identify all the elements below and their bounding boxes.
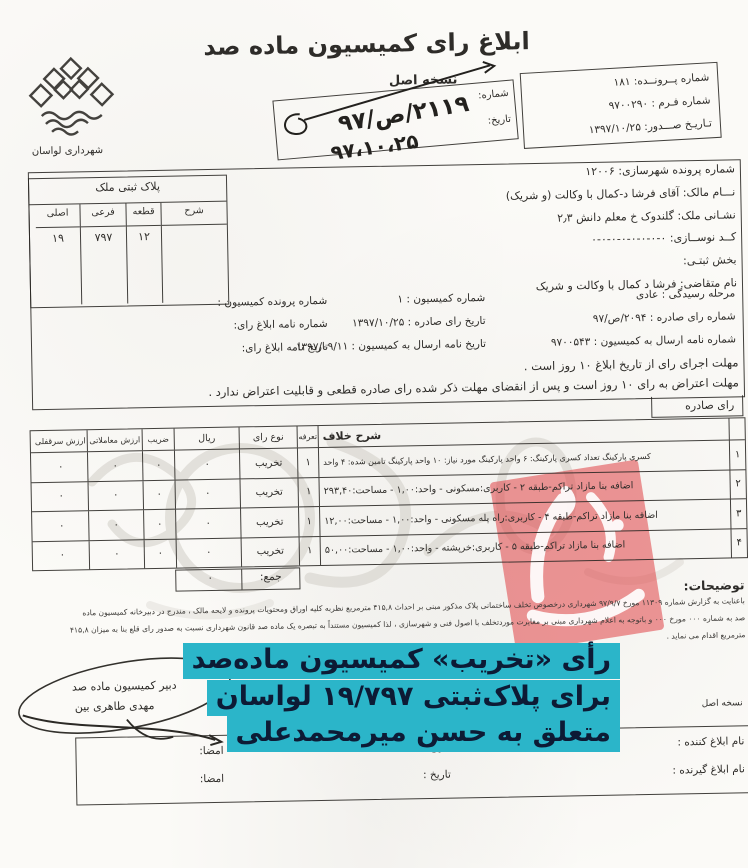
- municipality-name: شهرداری لواسان: [8, 144, 126, 157]
- verdict-section-label: رای صادره: [651, 395, 743, 418]
- scanned-document-page: ابلاغ رای کمیسیون ماده صد نسخه اصل شهردا…: [0, 0, 748, 868]
- caption-text: متعلق به حسن میرمحمدعلی: [227, 716, 620, 752]
- plate-table-title: پلاک ثبتی ملک: [29, 176, 226, 206]
- goodwill-value: ۰: [35, 511, 89, 540]
- tariff: ۱: [298, 507, 320, 536]
- sum-label: جمع:: [241, 568, 299, 589]
- send-letter-number: شماره نامه ارسال به کمیسیون : ۹۷۰۰۵۴۳: [551, 333, 736, 348]
- factor: ۰: [143, 510, 176, 539]
- factor: ۰: [142, 480, 175, 509]
- notify-letter-date: تاریخ نامه ابلاغ رای:: [242, 341, 329, 355]
- commission-file-number: شماره پرونده کمیسیون :: [217, 295, 327, 309]
- trade-value: ۰: [89, 540, 145, 570]
- plate-table: پلاک ثبتی ملک شرح قطعه ۱۲ فرعی ۷۹۷ اصلی …: [28, 175, 229, 309]
- handwriting-overlay: ۲۱۱۹/ص/۹۷ ۹۷،۱۰،۲۵: [250, 47, 550, 174]
- rial: ۰: [174, 449, 240, 479]
- file-info-box: شماره پــرونــده: ۱۸۱ شماره فـرم : ۹۷۰۰۲…: [520, 62, 722, 149]
- municipality-logo: [21, 55, 123, 145]
- violation-desc: اضافه بنا مازاد تراکم-طبقه ۵ - کاربری:خر…: [320, 529, 731, 565]
- header-tariff: تعرفه: [297, 426, 318, 447]
- row-no: ۱: [729, 440, 746, 469]
- caption-line: متعلق به حسن میرمحمدعلی: [0, 716, 620, 753]
- violations-table: شرح خلاف تعرفه نوع رای ریال ضریب ارزش مع…: [30, 417, 748, 571]
- verdict-type: تخریب: [239, 448, 298, 478]
- header-goodwill-value: ارزش سرقفلی: [34, 430, 87, 452]
- plate-col-sharh: شرح: [160, 202, 228, 303]
- registry-stamp-box: شماره: تاریخ: ۲۱۱۹/ص/۹۷ ۹۷،۱۰،۲۵: [250, 47, 550, 174]
- row-no: ۴: [730, 529, 747, 558]
- review-stage: مرحله رسیدگی : عادی: [636, 287, 735, 301]
- goodwill-value: ۰: [34, 452, 88, 481]
- verdict-type: تخریب: [239, 478, 298, 508]
- plate-col-ghete: قطعه ۱۲: [125, 203, 162, 304]
- goodwill-value: ۰: [36, 541, 90, 570]
- tariff: ۱: [299, 537, 321, 566]
- note-line: صد به شماره ۰۰۰ مورخ ۰۰۰ و باتوجه به اعل…: [70, 613, 745, 634]
- plate-col-farei: فرعی ۷۹۷: [79, 204, 127, 305]
- sum-value: ۰: [179, 569, 241, 590]
- rial: ۰: [176, 538, 242, 568]
- rial: ۰: [175, 508, 241, 538]
- caption-line: رأی «تخریب» کمیسیون ماده‌صد: [0, 643, 620, 680]
- verdict-number: شماره رای صادره : ۲۰۹۴/ص/۹۷: [593, 310, 736, 325]
- plate-table-columns: شرح قطعه ۱۲ فرعی ۷۹۷ اصلی ۱۹: [29, 202, 228, 306]
- factor: ۰: [142, 451, 175, 480]
- recipient-name-label: نام ابلاغ گیرنده :: [672, 763, 745, 776]
- recipient-date-label: تاریخ :: [377, 768, 497, 782]
- header-trade-value: ارزش معاملاتی: [87, 429, 142, 451]
- news-caption-overlay: رأی «تخریب» کمیسیون ماده‌صد برای پلاک‌ثب…: [0, 643, 620, 753]
- goodwill-value: ۰: [35, 482, 89, 511]
- tariff: ۱: [297, 448, 319, 477]
- verdict-type: تخریب: [240, 507, 299, 537]
- trade-value: ۰: [88, 510, 144, 540]
- trade-value: ۰: [88, 481, 144, 511]
- verdict-date: تاریخ رای صادره : ۱۳۹۷/۱۰/۲۵: [352, 315, 486, 329]
- property-info-lines: شماره پرونده شهرسازی: ۱۲۰۰۶ نـــام مالک:…: [231, 158, 737, 304]
- header-row-no: [728, 418, 744, 439]
- notify-letter-number: شماره نامه ابلاغ رای:: [233, 318, 327, 332]
- factor: ۰: [144, 539, 177, 568]
- trade-value: ۰: [87, 451, 143, 481]
- caption-line: برای پلاک‌ثبتی ۱۹/۷۹۷ لواسان: [0, 680, 620, 717]
- footer-copy-label: نسخه اصل: [702, 698, 743, 709]
- sum-row: جمع: ۰: [175, 567, 300, 591]
- tariff: ۱: [297, 478, 319, 507]
- commission-number: شماره کمیسیون : ۱: [397, 292, 485, 306]
- notes-label: توضیحات:: [683, 577, 744, 593]
- caption-text: برای پلاک‌ثبتی ۱۹/۷۹۷ لواسان: [207, 680, 620, 716]
- rial: ۰: [174, 479, 240, 509]
- row-no: ۲: [729, 470, 746, 499]
- recipient-sign-label: امضا:: [172, 772, 252, 785]
- header-type: نوع رای: [239, 426, 297, 448]
- verdict-type: تخریب: [241, 537, 300, 567]
- row-no: ۳: [730, 499, 747, 528]
- note-line: مترمربع اقدام می نماید .: [666, 630, 745, 640]
- caption-text: رأی «تخریب» کمیسیون ماده‌صد: [183, 643, 620, 679]
- header-factor: ضریب: [142, 429, 174, 451]
- notifier-name-label: نام ابلاغ کننده :: [677, 735, 744, 748]
- plate-col-asli: اصلی ۱۹: [35, 204, 81, 305]
- header-rial: ریال: [174, 427, 239, 449]
